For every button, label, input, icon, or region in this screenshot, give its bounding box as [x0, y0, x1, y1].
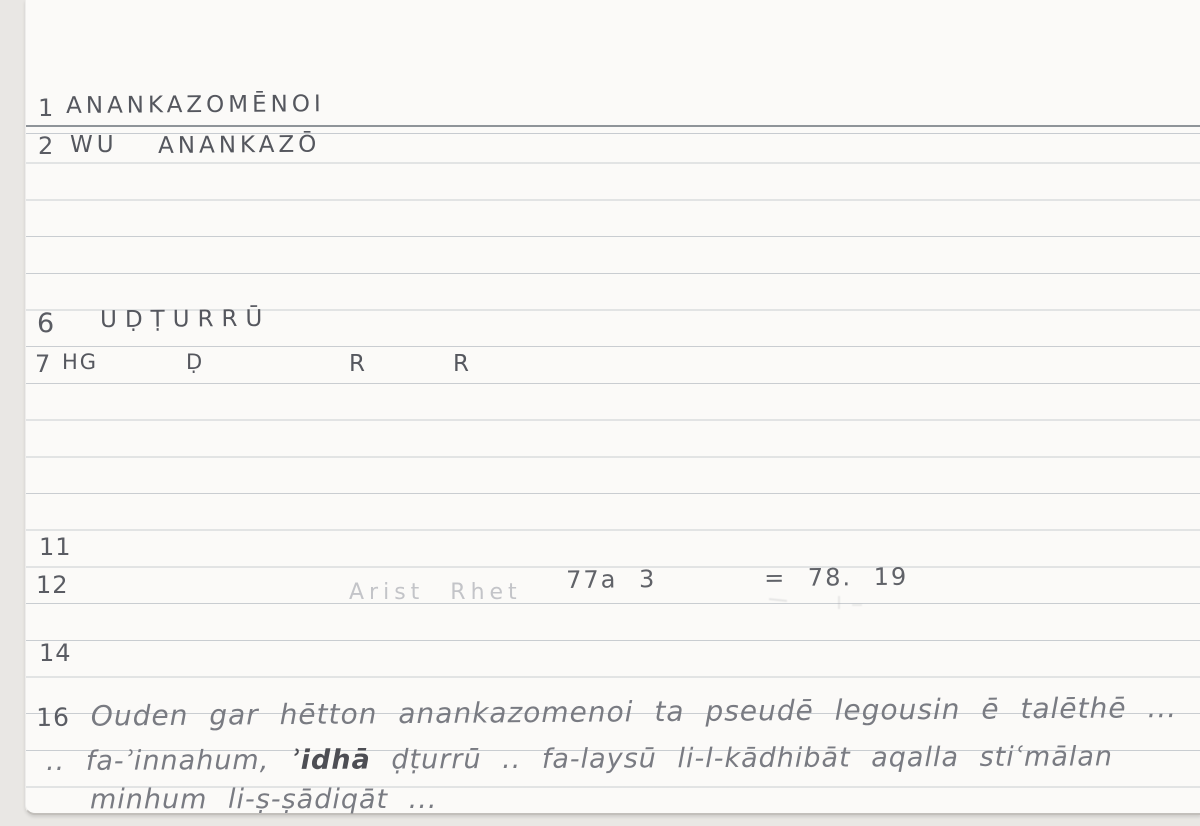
entry-2-headword: ANANKAZŌ	[158, 132, 320, 159]
arabic-transliteration-end: minhum li-ṣ-ṣādiqāt ...	[90, 784, 437, 815]
entry-12-number: 12	[36, 571, 69, 599]
index-card: 1 ANANKAZOMĒNOI 2 WU ANANKAZŌ 6 UḌṬURRŪ …	[25, 0, 1200, 815]
arabic-emphasis: ʾidhā	[290, 745, 371, 776]
entry-2-label: WU	[70, 132, 118, 158]
entry-1-number: 1	[38, 94, 54, 122]
entry-11-number: 11	[39, 533, 72, 561]
erased-pencil-marks	[769, 598, 787, 602]
header-rule	[26, 125, 1200, 127]
entry-16-number: 16	[36, 703, 70, 732]
erased-pencil-marks	[852, 604, 862, 606]
entry-14-number: 14	[39, 639, 72, 667]
entry-2-number: 2	[38, 132, 54, 160]
entry-6-number: 6	[37, 308, 55, 339]
entry-7-abbrev-r2: R	[453, 351, 473, 377]
scan-background: { "colors": { "card": "#fbfaf8", "backgr…	[0, 0, 1200, 826]
entry-12-citation: 77a 3	[566, 565, 656, 594]
entry-7-label: HG	[62, 350, 98, 374]
entry-7-abbrev-r1: R	[349, 351, 369, 377]
entry-16-text: Ouden gar hētton anankazomenoi ta pseudē…	[91, 691, 1178, 733]
entry-6-headword: UḌṬURRŪ	[100, 306, 270, 333]
entry-12-page-reference: = 78. 19	[764, 563, 908, 592]
arabic-transliteration-line: .. fa-ʾinnahum, ʾidhā ḍṭurrū .. fa-laysū…	[46, 741, 1113, 777]
arabic-post: ḍṭurrū .. fa-laysū li-l-kādhibāt aqalla …	[371, 741, 1113, 775]
entry-7-number: 7	[35, 350, 51, 378]
entry-16-greek-quotation: 16 Ouden gar hētton anankazomenoi ta pse…	[36, 691, 1177, 733]
entry-7-abbrev-d: Ḍ	[186, 350, 206, 374]
ruled-lines	[26, 127, 1200, 788]
arabic-pre: .. fa-ʾinnahum,	[46, 745, 290, 777]
entry-12-faint-impression: Arist Rhet	[349, 580, 522, 605]
erased-pencil-marks	[838, 596, 840, 609]
entry-1-headword: ANANKAZOMĒNOI	[66, 91, 325, 119]
